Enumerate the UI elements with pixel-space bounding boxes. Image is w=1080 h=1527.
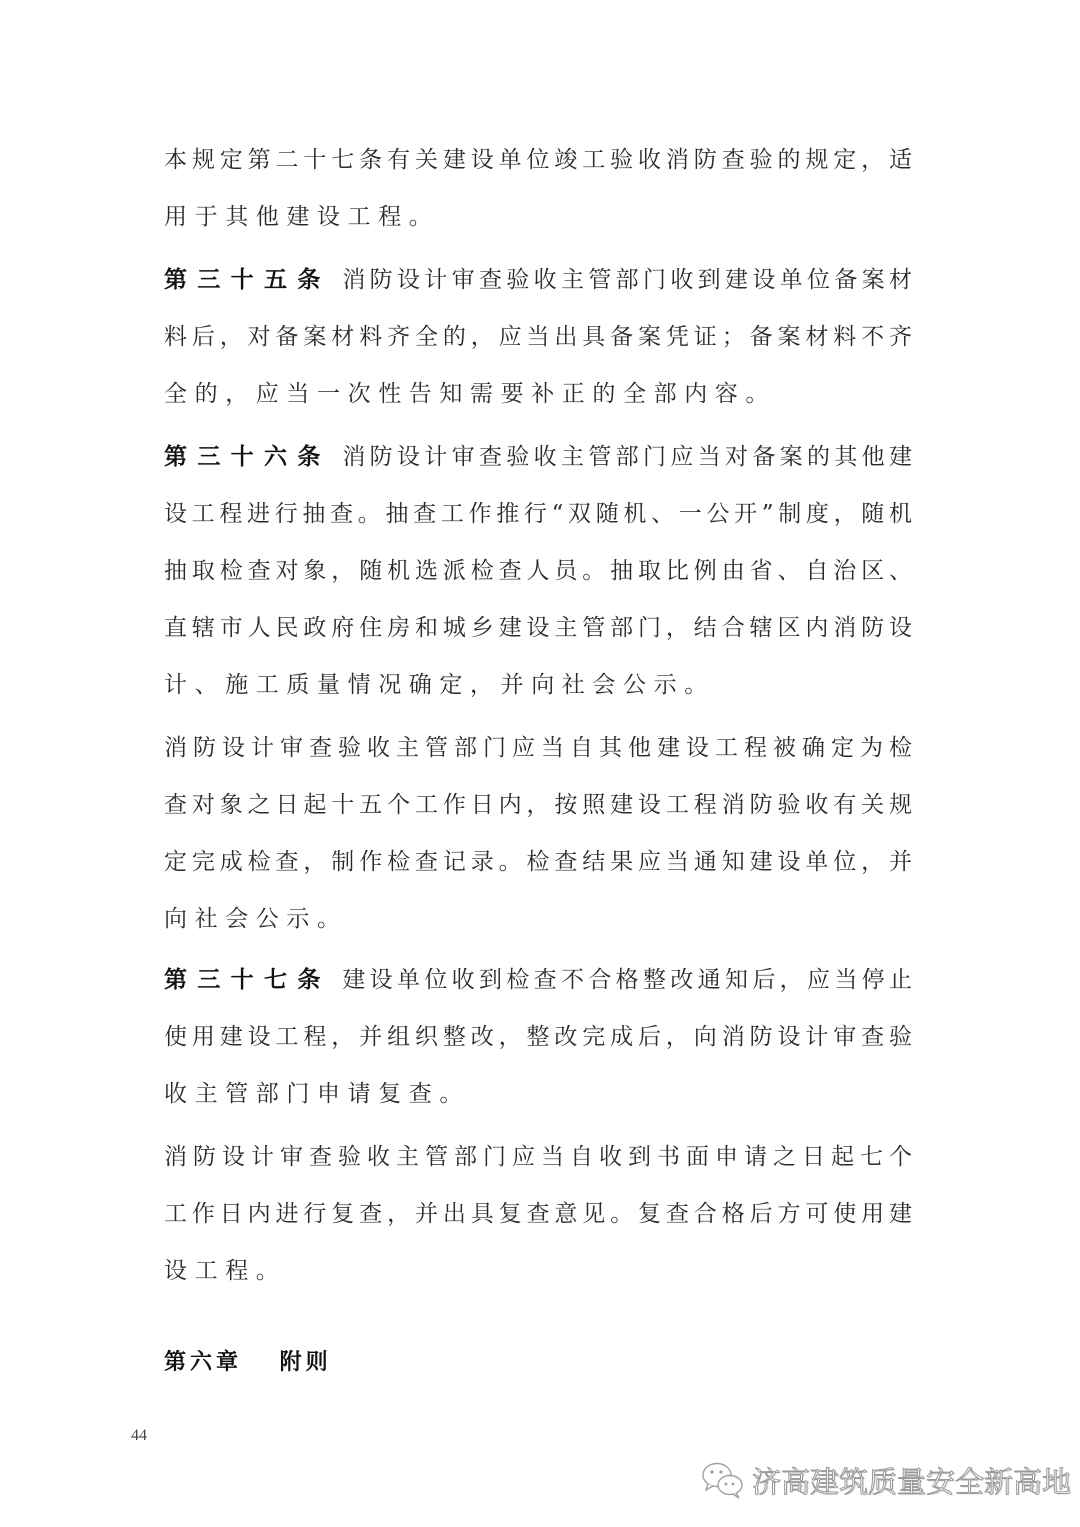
text-line: 定完成检查，制作检查记录。检查结果应当通知建设单位，并 xyxy=(164,847,912,877)
text-line: 全的，应当一次性告知需要补正的全部内容。 xyxy=(164,379,924,409)
text-segment: 消防设计审查验收主管部门收到建设单位备案材 xyxy=(331,267,912,293)
text-segment: 用于其他建设工程。 xyxy=(164,204,439,230)
text-line: 设工程进行抽查。抽查工作推行“双随机、一公开”制度，随机 xyxy=(164,499,912,529)
text-line: 第三十七条 建设单位收到检查不合格整改通知后，应当停止 xyxy=(164,965,912,995)
text-segment: 全的，应当一次性告知需要补正的全部内容。 xyxy=(164,381,776,407)
text-line: 消防设计审查验收主管部门应当自其他建设工程被确定为检 xyxy=(164,733,912,763)
text-line: 第三十五条 消防设计审查验收主管部门收到建设单位备案材 xyxy=(164,265,912,295)
text-segment: 消防设计审查验收主管部门应当自收到书面申请之日起七个 xyxy=(164,1144,912,1170)
text-segment: 使用建设工程，并组织整改，整改完成后，向消防设计审查验 xyxy=(164,1024,912,1050)
text-segment: 设工程进行抽查。抽查工作推行“双随机、一公开”制度，随机 xyxy=(164,501,912,527)
text-segment: 设工程。 xyxy=(164,1258,286,1284)
chapter-heading: 第六章 附则 xyxy=(164,1347,332,1377)
text-segment: 查对象之日起十五个工作日内，按照建设工程消防验收有关规 xyxy=(164,792,912,818)
page-number: 44 xyxy=(131,1427,147,1445)
watermark: 济高建筑质量安全新高地 xyxy=(700,1458,1071,1502)
text-line: 设工程。 xyxy=(164,1256,924,1286)
text-segment: 消防设计审查验收主管部门应当对备案的其他建 xyxy=(331,444,912,470)
text-line: 第三十六条 消防设计审查验收主管部门应当对备案的其他建 xyxy=(164,442,912,472)
text-segment: 收主管部门申请复查。 xyxy=(164,1081,470,1107)
text-line: 直辖市人民政府住房和城乡建设主管部门，结合辖区内消防设 xyxy=(164,613,912,643)
text-segment: 计、施工质量情况确定，并向社会公示。 xyxy=(164,672,715,698)
text-segment: 本规定第二十七条有关建设单位竣工验收消防查验的规定，适 xyxy=(164,147,912,173)
text-segment: 工作日内进行复查，并出具复查意见。复查合格后方可使用建 xyxy=(164,1201,912,1227)
text-line: 消防设计审查验收主管部门应当自收到书面申请之日起七个 xyxy=(164,1142,912,1172)
text-segment: 建设单位收到检查不合格整改通知后，应当停止 xyxy=(331,967,912,993)
text-line: 用于其他建设工程。 xyxy=(164,202,924,232)
article-number: 第三十七条 xyxy=(164,966,331,993)
article-number: 第三十六条 xyxy=(164,443,331,470)
text-segment: 向社会公示。 xyxy=(164,906,348,932)
text-line: 收主管部门申请复查。 xyxy=(164,1079,924,1109)
article-number: 第三十五条 xyxy=(164,266,331,293)
text-segment: 抽取检查对象，随机选派检查人员。抽取比例由省、自治区、 xyxy=(164,558,912,584)
text-line: 抽取检查对象，随机选派检查人员。抽取比例由省、自治区、 xyxy=(164,556,912,586)
text-line: 本规定第二十七条有关建设单位竣工验收消防查验的规定，适 xyxy=(164,145,912,175)
text-line: 向社会公示。 xyxy=(164,904,924,934)
text-line: 料后，对备案材料齐全的，应当出具备案凭证；备案材料不齐 xyxy=(164,322,912,352)
wechat-icon xyxy=(700,1460,746,1500)
text-segment: 直辖市人民政府住房和城乡建设主管部门，结合辖区内消防设 xyxy=(164,615,912,641)
text-segment: 料后，对备案材料齐全的，应当出具备案凭证；备案材料不齐 xyxy=(164,324,912,350)
text-line: 使用建设工程，并组织整改，整改完成后，向消防设计审查验 xyxy=(164,1022,912,1052)
document-page: 本规定第二十七条有关建设单位竣工验收消防查验的规定，适用于其他建设工程。第三十五… xyxy=(0,0,1080,1527)
watermark-text: 济高建筑质量安全新高地 xyxy=(752,1460,1071,1501)
text-line: 查对象之日起十五个工作日内，按照建设工程消防验收有关规 xyxy=(164,790,912,820)
text-segment: 消防设计审查验收主管部门应当自其他建设工程被确定为检 xyxy=(164,735,912,761)
text-line: 计、施工质量情况确定，并向社会公示。 xyxy=(164,670,924,700)
text-line: 工作日内进行复查，并出具复查意见。复查合格后方可使用建 xyxy=(164,1199,912,1229)
text-segment: 定完成检查，制作检查记录。检查结果应当通知建设单位，并 xyxy=(164,849,912,875)
